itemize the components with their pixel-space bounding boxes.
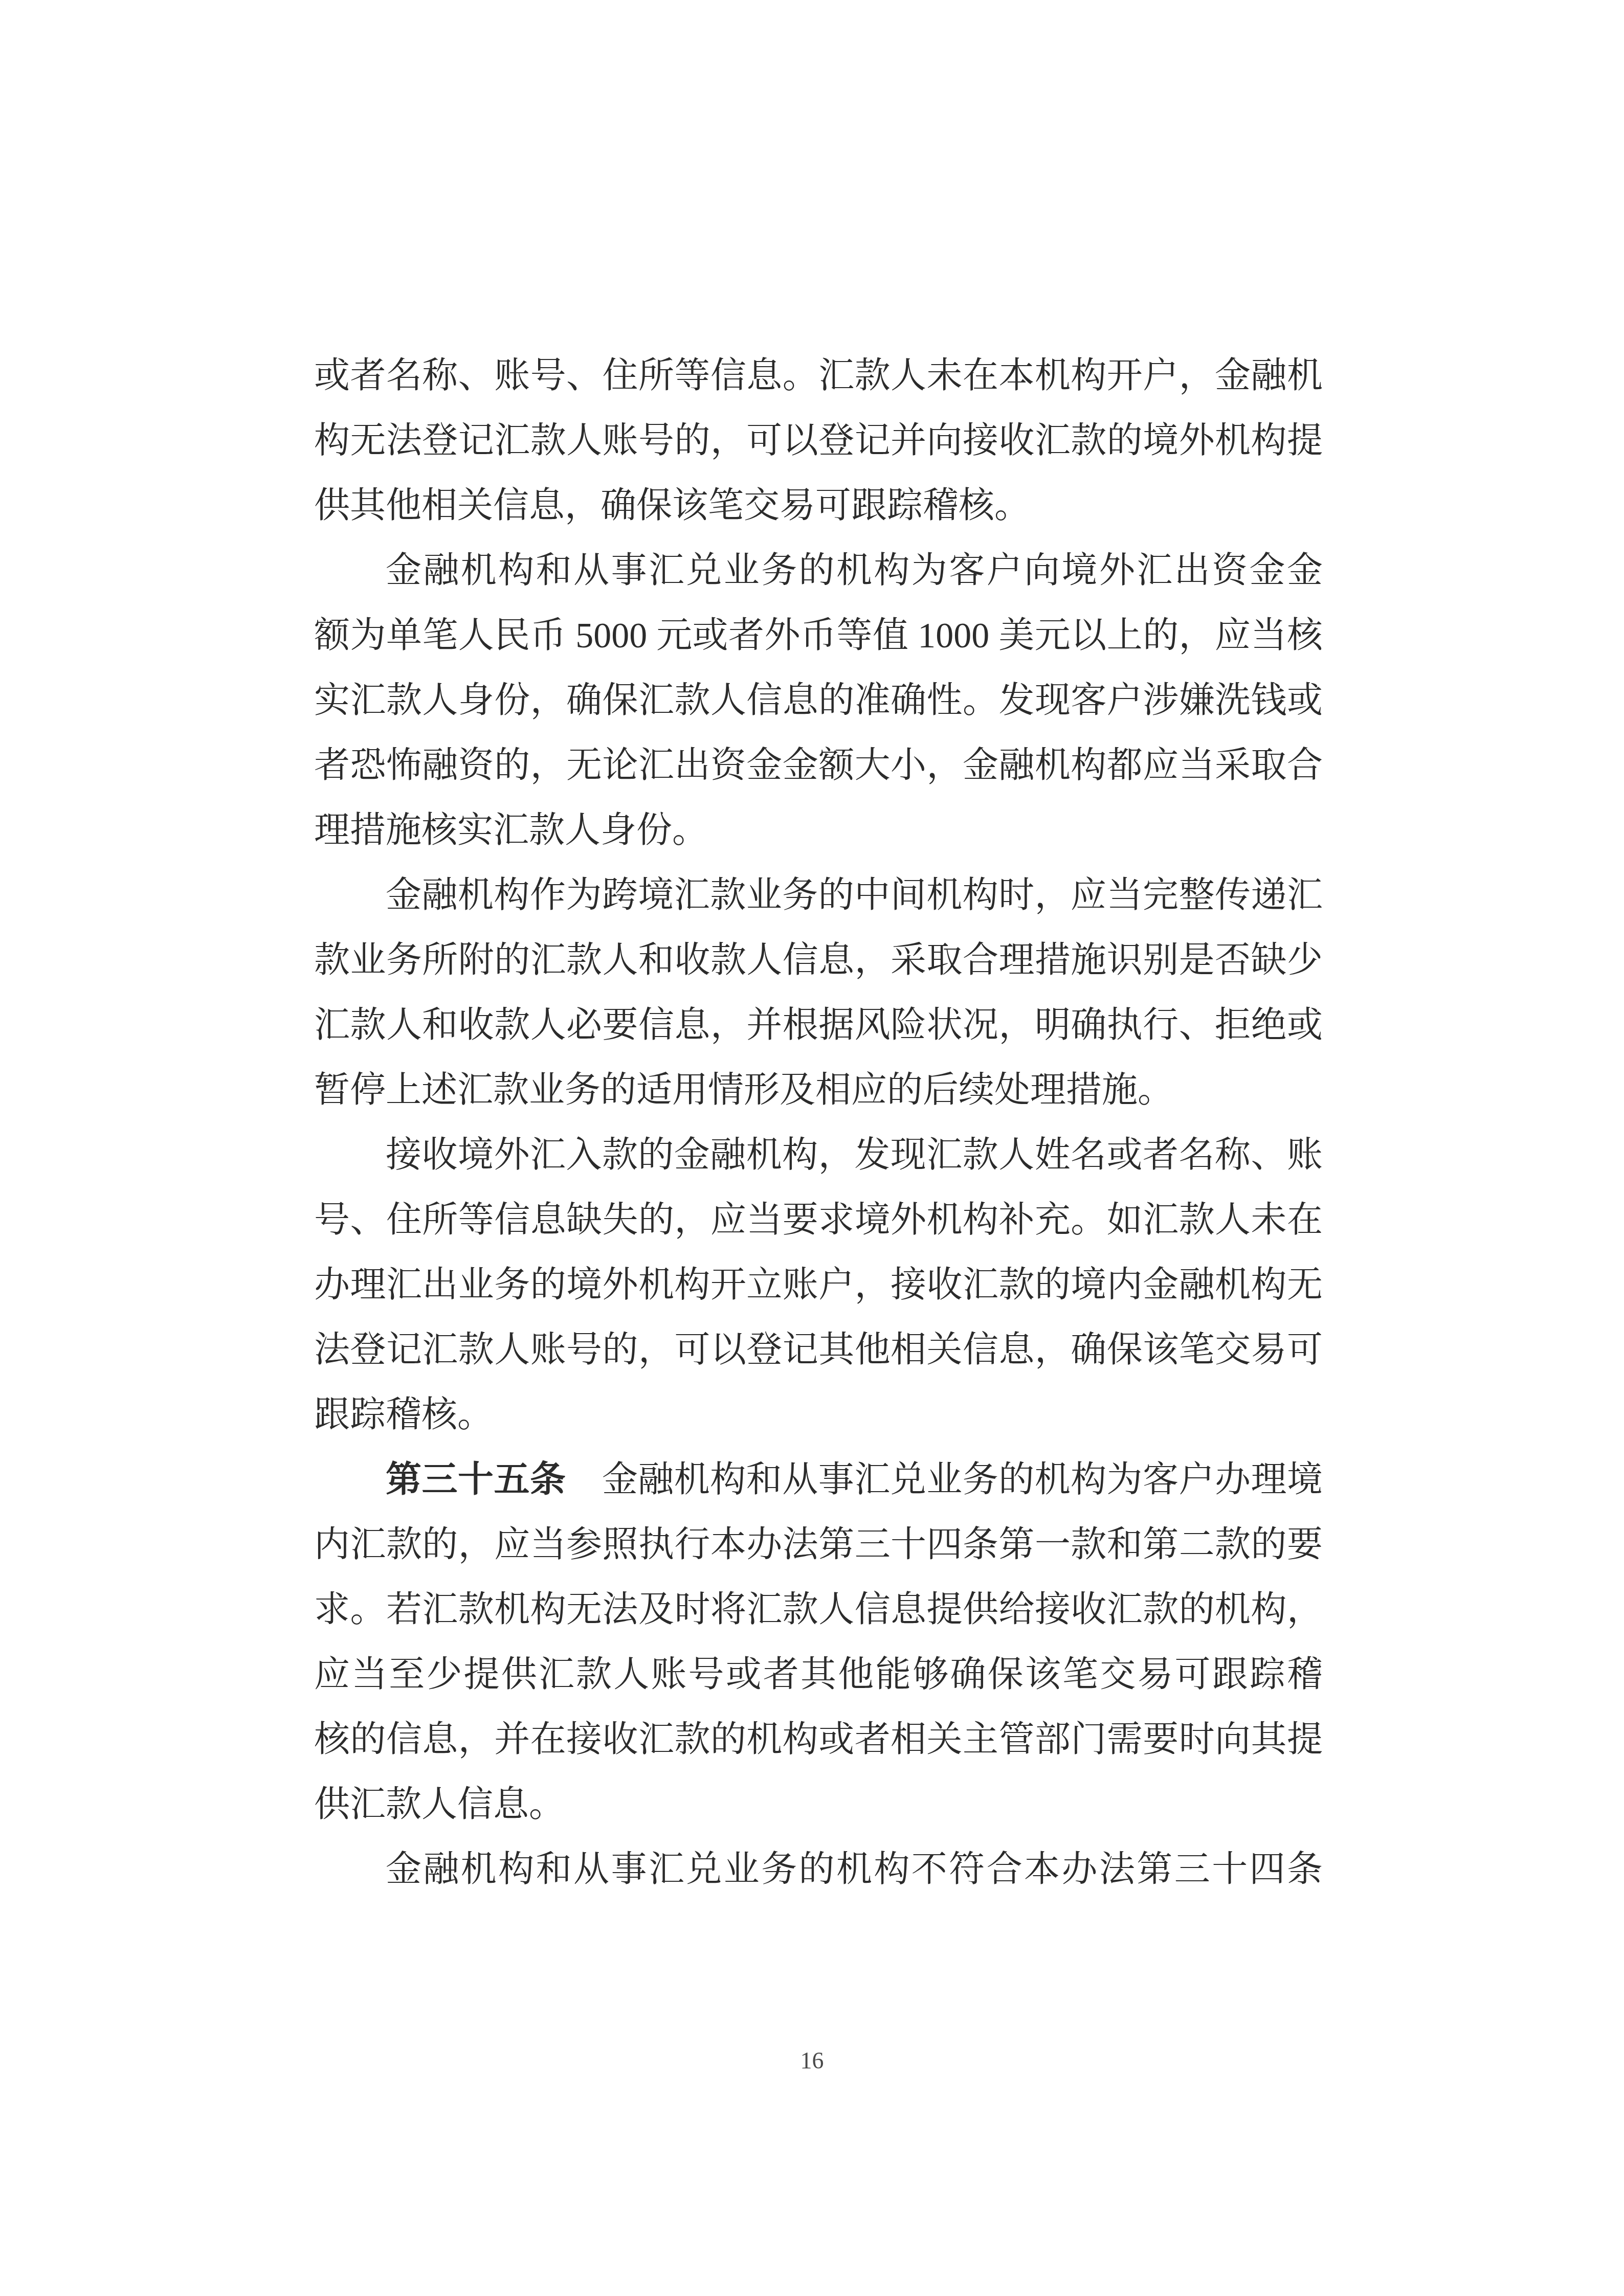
text-line: 额为单笔人民币 5000 元或者外币等值 1000 美元以上的，应当核 bbox=[314, 603, 1323, 668]
text-line: 办理汇出业务的境外机构开立账户，接收汇款的境内金融机构无 bbox=[314, 1253, 1323, 1318]
text-line: 金融机构和从事汇兑业务的机构不符合本办法第三十四条 bbox=[314, 1837, 1323, 1902]
text-line: 金融机构作为跨境汇款业务的中间机构时，应当完整传递汇 bbox=[314, 863, 1323, 928]
text-line: 号、住所等信息缺失的，应当要求境外机构补充。如汇款人未在 bbox=[314, 1188, 1323, 1253]
text-line: 汇款人和收款人必要信息，并根据风险状况，明确执行、拒绝或 bbox=[314, 993, 1323, 1058]
text-line: 款业务所附的汇款人和收款人信息，采取合理措施识别是否缺少 bbox=[314, 928, 1323, 993]
text-line: 核的信息，并在接收汇款的机构或者相关主管部门需要时向其提 bbox=[314, 1707, 1323, 1772]
text-line: 供其他相关信息，确保该笔交易可跟踪稽核。 bbox=[314, 474, 1323, 538]
document-text-block: 或者名称、账号、住所等信息。汇款人未在本机构开户，金融机构无法登记汇款人账号的，… bbox=[314, 344, 1323, 1902]
text-line: 应当至少提供汇款人账号或者其他能够确保该笔交易可跟踪稽 bbox=[314, 1642, 1323, 1707]
text-line: 求。若汇款机构无法及时将汇款人信息提供给接收汇款的机构， bbox=[314, 1578, 1323, 1642]
text-line: 法登记汇款人账号的，可以登记其他相关信息，确保该笔交易可 bbox=[314, 1318, 1323, 1383]
text-line: 金融机构和从事汇兑业务的机构为客户向境外汇出资金金 bbox=[314, 538, 1323, 603]
text-line: 构无法登记汇款人账号的，可以登记并向接收汇款的境外机构提 bbox=[314, 409, 1323, 474]
document-page: 或者名称、账号、住所等信息。汇款人未在本机构开户，金融机构无法登记汇款人账号的，… bbox=[0, 0, 1624, 2296]
text-line: 或者名称、账号、住所等信息。汇款人未在本机构开户，金融机 bbox=[314, 344, 1323, 409]
text-line: 者恐怖融资的，无论汇出资金金额大小，金融机构都应当采取合 bbox=[314, 733, 1323, 798]
text-line: 暂停上述汇款业务的适用情形及相应的后续处理措施。 bbox=[314, 1058, 1323, 1123]
text-line: 跟踪稽核。 bbox=[314, 1383, 1323, 1448]
page-number: 16 bbox=[0, 2045, 1624, 2076]
text-line: 第三十五条 金融机构和从事汇兑业务的机构为客户办理境 bbox=[314, 1448, 1323, 1513]
text-line: 供汇款人信息。 bbox=[314, 1772, 1323, 1837]
text-line: 内汇款的，应当参照执行本办法第三十四条第一款和第二款的要 bbox=[314, 1513, 1323, 1578]
text-line: 理措施核实汇款人身份。 bbox=[314, 798, 1323, 863]
text-line: 实汇款人身份，确保汇款人信息的准确性。发现客户涉嫌洗钱或 bbox=[314, 668, 1323, 733]
article-number: 第三十五条 bbox=[386, 1460, 566, 1500]
text-line: 接收境外汇入款的金融机构，发现汇款人姓名或者名称、账 bbox=[314, 1123, 1323, 1188]
